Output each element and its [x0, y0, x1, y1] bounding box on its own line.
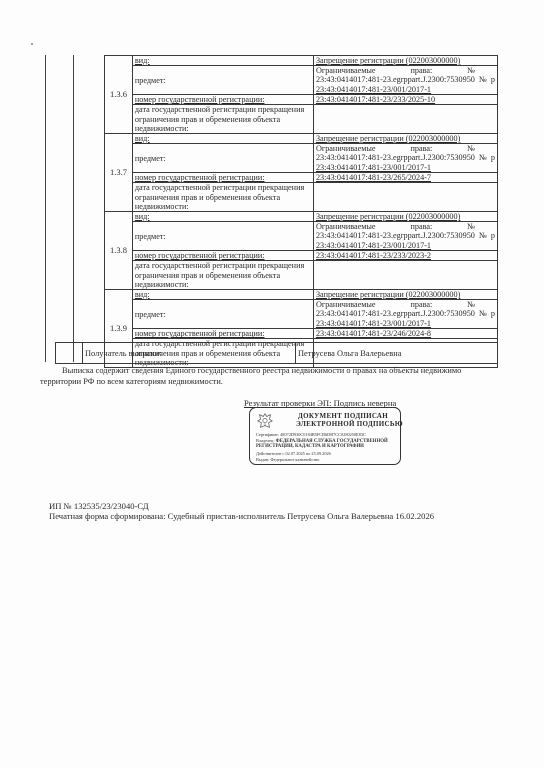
stamp-validity: Действителен с 02.07.2025 по 25.09.2026: [256, 451, 331, 456]
e-signature-stamp: ДОКУМЕНТ ПОДПИСАН ЭЛЕКТРОННОЙ ПОДПИСЬЮ С…: [249, 407, 401, 465]
stamp-certificate: Сертификат: 48072D930C0184B5FCB6DB7CC028…: [256, 432, 366, 437]
subject-word-3: №: [467, 300, 475, 309]
row-number: 1.3.8: [105, 212, 133, 290]
document-page: 1.3.6 вид: Запрещение регистрации (02200…: [0, 0, 544, 768]
regnum-value: 23:43:0414017:481-23/233/2023-2: [313, 251, 497, 261]
subject-line-2: 23:43:0414017:481-23.egrpрart.J.2300:753…: [316, 75, 495, 84]
stamp-owner-prefix: Владелец:: [256, 438, 275, 443]
subject-value: Ограничиваемые права: № 23:43:0414017:48…: [313, 300, 497, 329]
termination-label: дата государственной регистрации прекращ…: [132, 105, 313, 134]
termination-label: дата государственной регистрации прекращ…: [132, 183, 313, 212]
subject-word-2: права:: [410, 144, 432, 153]
subject-word-1: Ограничиваемые: [316, 300, 376, 309]
subject-value: Ограничиваемые права: № 23:43:0414017:48…: [313, 66, 497, 95]
subject-label: предмет:: [132, 144, 313, 173]
subject-line-2: 23:43:0414017:481-23.egrpрart.J.2300:753…: [316, 309, 495, 318]
subject-label: предмет:: [132, 66, 313, 95]
subject-word-1: Ограничиваемые: [316, 144, 376, 153]
recipient-label: Получатель выписки:: [83, 343, 296, 364]
encumbrance-table: 1.3.6 вид: Запрещение регистрации (02200…: [104, 55, 498, 368]
subject-word-2: права:: [410, 222, 432, 231]
type-label: вид:: [132, 212, 313, 222]
regnum-value: 23:43:0414017:481-23/246/2024-8: [313, 329, 497, 339]
margin-line-left: [45, 55, 46, 362]
type-value: Запрещение регистрации (022003000000): [313, 290, 497, 300]
stamp-title-2: ЭЛЕКТРОННОЙ ПОДПИСЬЮ: [296, 420, 403, 428]
subject-word-2: права:: [410, 300, 432, 309]
subject-word-3: №: [467, 66, 475, 75]
encumbrance-row: 1.3.6 вид: Запрещение регистрации (02200…: [105, 56, 498, 66]
type-label: вид:: [132, 134, 313, 144]
recipient-empty-cell: [56, 343, 83, 364]
subject-line-3: 23:43:0414017:481-23/001/2017-1: [316, 85, 495, 94]
regnum-value: 23:43:0414017:481-23/233/2025-10: [313, 95, 497, 105]
encumbrance-row: 1.3.9 вид: Запрещение регистрации (02200…: [105, 290, 498, 300]
regnum-label: номер государственной регистрации:: [132, 329, 313, 339]
subject-word-1: Ограничиваемые: [316, 222, 376, 231]
termination-value: [313, 105, 497, 134]
subject-label: предмет:: [132, 222, 313, 251]
subject-value: Ограничиваемые права: № 23:43:0414017:48…: [313, 144, 497, 173]
notice-line-2: территории РФ по всем категориям недвижи…: [40, 377, 223, 386]
enforcement-case-number: ИП № 132535/23/23040-СД: [49, 501, 149, 511]
subject-line-3: 23:43:0414017:481-23/001/2017-1: [316, 319, 495, 328]
encumbrance-row: 1.3.7 вид: Запрещение регистрации (02200…: [105, 134, 498, 144]
regnum-label: номер государственной регистрации:: [132, 251, 313, 261]
type-label: вид:: [132, 290, 313, 300]
subject-word-2: права:: [410, 66, 432, 75]
scan-speck: [31, 43, 33, 45]
encumbrance-row: 1.3.8 вид: Запрещение регистрации (02200…: [105, 212, 498, 222]
type-value: Запрещение регистрации (022003000000): [313, 134, 497, 144]
recipient-value: Петрусева Ольга Валерьевна: [296, 343, 498, 364]
row-number: 1.3.7: [105, 134, 133, 212]
regnum-label: номер государственной регистрации:: [132, 95, 313, 105]
subject-line-3: 23:43:0414017:481-23/001/2017-1: [316, 241, 495, 250]
printed-form-info: Печатная форма сформирована: Судебный пр…: [49, 511, 434, 521]
coat-of-arms-icon: [256, 412, 274, 430]
type-value: Запрещение регистрации (022003000000): [313, 56, 497, 66]
subject-word-3: №: [467, 222, 475, 231]
stamp-title-1: ДОКУМЕНТ ПОДПИСАН: [298, 412, 388, 420]
stamp-issuer: Выдан: Федеральное казначейство: [256, 457, 319, 462]
subject-line-3: 23:43:0414017:481-23/001/2017-1: [316, 163, 495, 172]
subject-label: предмет:: [132, 300, 313, 329]
subject-word-3: №: [467, 144, 475, 153]
regnum-label: номер государственной регистрации:: [132, 173, 313, 183]
type-label: вид:: [132, 56, 313, 66]
regnum-value: 23:43:0414017:481-23/265/2024-7: [313, 173, 497, 183]
margin-line-right: [73, 55, 74, 362]
recipient-table: Получатель выписки: Петрусева Ольга Вале…: [55, 342, 498, 364]
subject-line-2: 23:43:0414017:481-23.egrpрart.J.2300:753…: [316, 231, 495, 240]
subject-line-2: 23:43:0414017:481-23.egrpрart.J.2300:753…: [316, 153, 495, 162]
termination-value: [313, 261, 497, 290]
notice-line-1: Выписка содержит сведения Единого госуда…: [40, 366, 544, 376]
stamp-owner-2: РЕГИСТРАЦИИ, КАДАСТРА И КАРТОГРАФИИ: [256, 444, 364, 449]
subject-word-1: Ограничиваемые: [316, 66, 376, 75]
termination-value: [313, 183, 497, 212]
subject-value: Ограничиваемые права: № 23:43:0414017:48…: [313, 222, 497, 251]
type-value: Запрещение регистрации (022003000000): [313, 212, 497, 222]
row-number: 1.3.6: [105, 56, 133, 134]
termination-label: дата государственной регистрации прекращ…: [132, 261, 313, 290]
